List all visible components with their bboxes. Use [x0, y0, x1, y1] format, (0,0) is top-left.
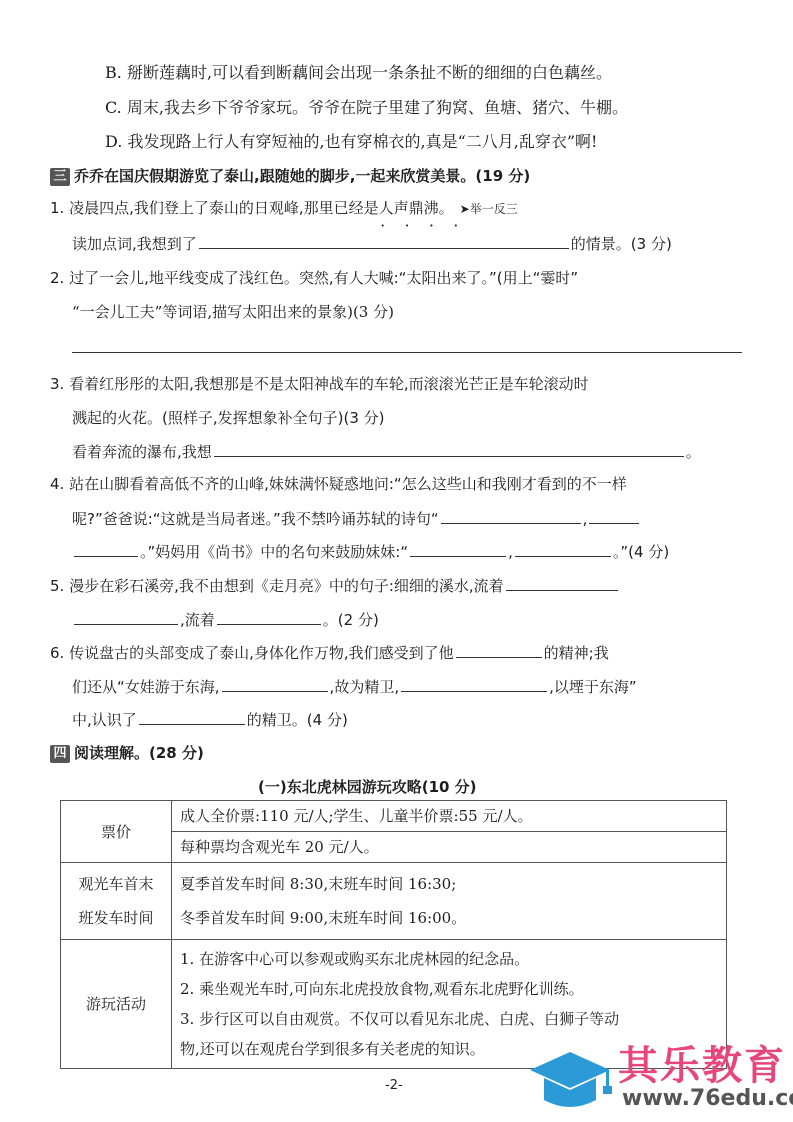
bus-schedule-header: 观光车首末班发车时间 [61, 863, 172, 940]
question-4-line-3: 。”妈妈用《尚书》中的名句来鼓励妹妹:“,。”(4 分) [72, 540, 669, 563]
answer-blank[interactable] [456, 641, 542, 658]
answer-blank[interactable] [506, 574, 618, 591]
watermark-url: www.76edu.com [622, 1086, 793, 1111]
activities-header: 游玩活动 [61, 940, 172, 1069]
question-5-line-2: ,流着。(2 分) [72, 608, 379, 631]
answer-blank[interactable] [222, 675, 328, 692]
practice-tag: ➤举一反三 [460, 202, 518, 216]
answer-blank[interactable] [410, 540, 506, 557]
section-4-heading: 四阅读理解。(28 分) [50, 742, 204, 764]
reading-subtitle: (一)东北虎林园游玩攻略(10 分) [258, 776, 477, 798]
graduation-cap-icon [520, 1040, 620, 1120]
answer-blank[interactable] [515, 540, 611, 557]
option-b: B. 掰断莲藕时,可以看到断藕间会出现一条条扯不断的细细的白色藕丝。 [105, 62, 612, 84]
tiger-park-guide-table: 票价 成人全价票:110 元/人;学生、儿童半价票:55 元/人。 每种票均含观… [60, 800, 727, 1069]
question-3-line-3: 看着奔流的瀑布,我想。 [72, 440, 701, 463]
question-3: 3. 看着红彤彤的太阳,我想那是不是太阳神战车的车轮,而滚滚光芒正是车轮滚动时 [50, 373, 589, 395]
answer-blank[interactable] [589, 507, 639, 524]
watermark-brand: 其乐教育 [618, 1034, 786, 1091]
table-cell: 每种票均含观光车 20 元/人。 [172, 832, 727, 863]
question-6-line-2: 们还从“女娃游于东海,,故为精卫,,以堙于东海” [72, 675, 637, 698]
table-cell: 夏季首发车时间 8:30,末班车时间 16:30;冬季首发车时间 9:00,末班… [172, 863, 727, 940]
question-2: 2. 过了一会儿,地平线变成了浅红色。突然,有人大喊:“太阳出来了。”(用上“霎… [50, 267, 578, 289]
answer-blank[interactable] [139, 708, 245, 725]
option-c: C. 周末,我去乡下爷爷家玩。爷爷在院子里建了狗窝、鱼塘、猪穴、牛棚。 [105, 97, 628, 119]
section-4-badge: 四 [50, 745, 70, 763]
question-1-line-2: 读加点词,我想到了的情景。(3 分) [72, 232, 672, 255]
answer-blank[interactable] [214, 440, 684, 457]
question-2-line-2: “一会儿工夫”等词语,描写太阳出来的景象)(3 分) [72, 301, 394, 323]
section-3-badge: 三 [50, 168, 70, 186]
dotted-word: 人声鼎沸 [379, 199, 439, 217]
answer-blank[interactable] [217, 608, 321, 625]
answer-blank[interactable] [401, 675, 547, 692]
ticket-price-header: 票价 [61, 801, 172, 863]
answer-line-q2[interactable] [72, 352, 742, 353]
option-d: D. 我发现路上行人有穿短袖的,也有穿棉衣的,真是“二八月,乱穿衣”啊! [105, 131, 598, 153]
answer-blank[interactable] [441, 507, 581, 524]
table-row: 票价 成人全价票:110 元/人;学生、儿童半价票:55 元/人。 [61, 801, 727, 832]
question-6: 6. 传说盘古的头部变成了泰山,身体化作万物,我们感受到了他的精神;我 [50, 641, 609, 664]
answer-blank[interactable] [199, 232, 569, 249]
question-4: 4. 站在山脚看着高低不齐的山峰,妹妹满怀疑惑地问:“怎么这些山和我刚才看到的不… [50, 473, 627, 495]
question-3-line-2: 溅起的火花。(照样子,发挥想象补全句子)(3 分) [72, 407, 385, 429]
question-5: 5. 漫步在彩石溪旁,我不由想到《走月亮》中的句子:细细的溪水,流着 [50, 574, 620, 597]
table-cell: 成人全价票:110 元/人;学生、儿童半价票:55 元/人。 [172, 801, 727, 832]
question-4-line-2: 呢?”爸爸说:“这就是当局者迷。”我不禁吟诵苏轼的诗句“, [72, 507, 641, 530]
answer-blank[interactable] [74, 540, 138, 557]
watermark-logo: 其乐教育 www.76edu.com [520, 1040, 793, 1120]
section-3-heading: 三乔乔在国庆假期游览了泰山,跟随她的脚步,一起来欣赏美景。(19 分) [50, 165, 530, 187]
question-6-line-3: 中,认识了的精卫。(4 分) [72, 708, 348, 731]
table-row: 观光车首末班发车时间 夏季首发车时间 8:30,末班车时间 16:30;冬季首发… [61, 863, 727, 940]
answer-blank[interactable] [74, 608, 178, 625]
page-number: -2- [385, 1078, 403, 1093]
question-1: 1. 凌晨四点,我们登上了泰山的日观峰,那里已经是人声鼎沸。➤举一反三 [50, 197, 518, 220]
